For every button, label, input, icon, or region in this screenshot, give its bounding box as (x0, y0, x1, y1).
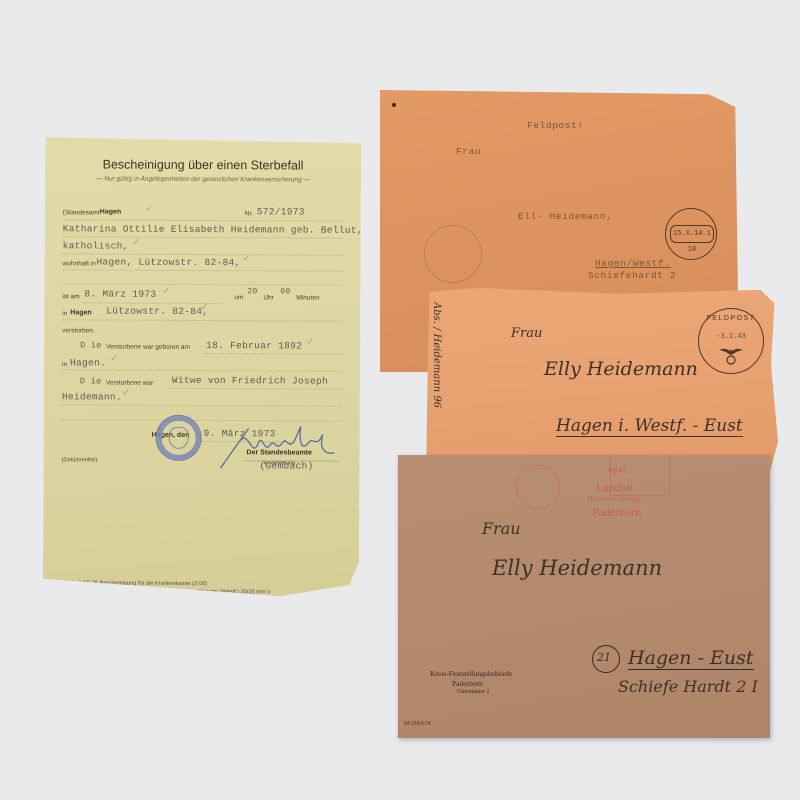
birth-date: 18. Februar 1892 (206, 340, 302, 352)
standesamt-value: Hagen (100, 208, 121, 215)
sender-2: Paderborn (452, 679, 483, 688)
rule (63, 269, 343, 271)
status-value-1: Witwe von Friedrich Joseph (172, 375, 328, 387)
seal-crest-icon (169, 427, 189, 449)
postmark-ring-text: FELDPOST (699, 315, 763, 322)
verstorben-label: verstorben. (62, 327, 95, 334)
certificate-number: 572/1973 (257, 206, 305, 217)
env3-street: Schiefe Hardt 2 I (618, 677, 758, 696)
rule (62, 369, 342, 371)
in-label: in (62, 310, 67, 317)
stamp-box (610, 455, 670, 496)
form-code: IM-318-E7A (404, 721, 431, 727)
rule (63, 253, 343, 255)
nr-label: Nr. (245, 210, 253, 217)
tick-mark: ✓ (145, 204, 153, 215)
born-prefix: D ie (80, 340, 102, 350)
tick-mark: ✓ (122, 388, 130, 399)
meter-circle (516, 465, 560, 509)
rule (170, 388, 344, 390)
birth-place-label: in (62, 361, 67, 368)
footer-line-2: Vordruckverlag für die Standesämter Hein… (51, 588, 270, 595)
env2-city: Hagen i. Westf. - Eust (556, 416, 743, 437)
tick-mark: ✓ (200, 302, 208, 313)
death-date: 8. März 1973 (84, 288, 156, 299)
rule (63, 236, 343, 238)
postal-district-circle: 21 (592, 645, 620, 673)
deceased-name: Katharina Ottilie Elisabeth Heidemann ge… (63, 223, 363, 236)
born-label: Verstorbene war geboren am (106, 343, 190, 350)
env1-street: Schiefehardt 2 (588, 270, 676, 281)
death-hour: 20 (247, 287, 257, 296)
env1-recipient: Ell- Heidemann, (518, 211, 613, 222)
minuten-label: Minuten (296, 294, 319, 301)
status-label: Verstorbene war (106, 379, 153, 386)
religion: katholisch, (63, 240, 129, 251)
tick-mark: ✓ (110, 354, 118, 365)
meter-line-3: Paderborn (592, 505, 641, 520)
sender-1: Kreis-Feststellungsbehörde (430, 669, 512, 678)
env3-city: Hagen - Eust (628, 647, 754, 670)
rule (62, 283, 342, 285)
pin-hole (392, 103, 396, 107)
rule (63, 219, 343, 221)
eagle-emblem-icon (719, 345, 743, 365)
footer-line-1: Bestell-Nr. 6 SB 25 Bescheinigung für di… (51, 580, 207, 587)
sender-3: Giersmauer 2 (457, 689, 490, 695)
death-street: Lützowstr. 82-84, (106, 305, 208, 317)
postal-district: 21 (597, 651, 611, 664)
rule (62, 319, 342, 321)
env1-salutation: Frau (456, 146, 481, 157)
envelope-kreis-paderborn: 0041 Landrat (Kreisverwaltung) Paderborn… (398, 455, 770, 738)
env2-salutation: Frau (511, 326, 542, 341)
status-prefix: D ie (80, 376, 102, 386)
wohnhaft-label: wohnhaft in (63, 260, 96, 267)
certificate-title: Bescheinigung über einen Sterbefall (45, 157, 361, 173)
death-certificate: Bescheinigung über einen Sterbefall — Nu… (43, 137, 361, 599)
rule (62, 404, 342, 406)
tick-mark: ✓ (243, 253, 251, 264)
envelope-feldpost-handwritten: Abs. / Heidemann 96 Frau Elly Heidemann … (426, 288, 778, 480)
tick-mark: ✓ (133, 237, 141, 248)
tick-mark: ✓ (306, 337, 314, 348)
postmark-date: 15.X.14 1 10 (670, 225, 714, 243)
birth-place: Hagen. (70, 357, 106, 368)
env1-city: Hagen/Westf. (595, 258, 671, 269)
postmark-feldpost: FELDPOST -3.1.43 (698, 308, 764, 374)
death-minute: 00 (280, 287, 290, 296)
death-city: Hagen (70, 309, 91, 316)
tick-mark: ✓ (162, 286, 170, 297)
official-name: (Gembach) (259, 460, 313, 471)
residence: Hagen, Lützowstr. 82-84, (97, 256, 241, 268)
env3-salutation: Frau (482, 519, 521, 538)
postmark-date: -3.1.43 (699, 333, 763, 341)
ist-am-label: ist am (62, 293, 79, 300)
env2-side-note: Abs. / Heidemann 96 (431, 302, 442, 408)
fee-label: (Gebührenfrei) (61, 457, 97, 463)
env3-recipient: Elly Heidemann (492, 556, 662, 580)
postmark-1: 15.X.14 1 10 (665, 208, 717, 260)
um-label: um (234, 294, 243, 301)
faded-stamp (424, 225, 482, 283)
standesamt-label: (Standesamt (63, 209, 100, 216)
env2-recipient: Elly Heidemann (544, 358, 698, 380)
official-seal (156, 415, 202, 461)
uhr-label: Uhr (263, 294, 274, 301)
certificate-subtitle: — Nur gültig in Angelegenheiten der gese… (45, 175, 361, 184)
env1-header: Feldpost! (527, 120, 584, 131)
rule (204, 353, 344, 355)
meter-line-2: (Kreisverwaltung) (588, 495, 639, 503)
status-value-2: Heidemann. (62, 391, 122, 402)
